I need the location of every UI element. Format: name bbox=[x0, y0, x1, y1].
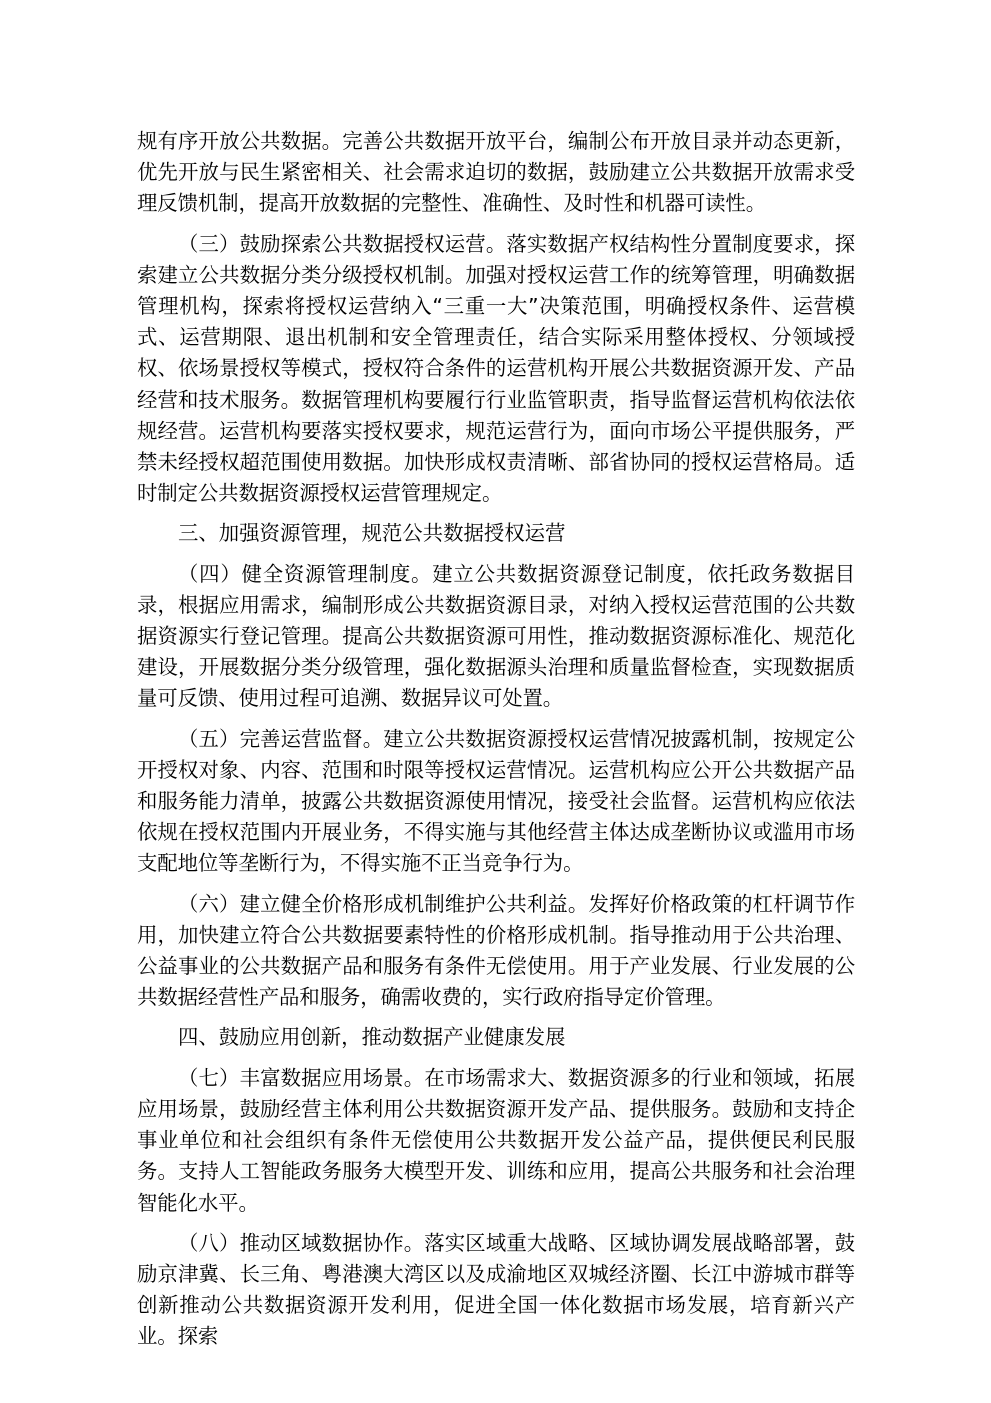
paragraph-8-regional-collaboration: （八）推动区域数据协作。落实区域重大战略、区域协调发展战略部署，鼓励京津冀、长三… bbox=[137, 1228, 855, 1353]
document-page: 规有序开放公共数据。完善公共数据开放平台，编制公布开放目录并动态更新，优先开放与… bbox=[137, 126, 855, 1353]
section-heading-3: 三、加强资源管理，规范公共数据授权运营 bbox=[137, 518, 855, 549]
paragraph-5-operation-supervision: （五）完善运营监督。建立公共数据资源授权运营情况披露机制，按规定公开授权对象、内… bbox=[137, 724, 855, 880]
paragraph-open-data-continued: 规有序开放公共数据。完善公共数据开放平台，编制公布开放目录并动态更新，优先开放与… bbox=[137, 126, 855, 220]
section-heading-4: 四、鼓励应用创新，推动数据产业健康发展 bbox=[137, 1022, 855, 1053]
paragraph-4-resource-management: （四）健全资源管理制度。建立公共数据资源登记制度，依托政务数据目录，根据应用需求… bbox=[137, 559, 855, 715]
paragraph-7-application-scenarios: （七）丰富数据应用场景。在市场需求大、数据资源多的行业和领域，拓展应用场景，鼓励… bbox=[137, 1063, 855, 1219]
paragraph-6-pricing-mechanism: （六）建立健全价格形成机制维护公共利益。发挥好价格政策的杠杆调节作用，加快建立符… bbox=[137, 889, 855, 1014]
paragraph-3-authorized-operation: （三）鼓励探索公共数据授权运营。落实数据产权结构性分置制度要求，探索建立公共数据… bbox=[137, 229, 855, 510]
